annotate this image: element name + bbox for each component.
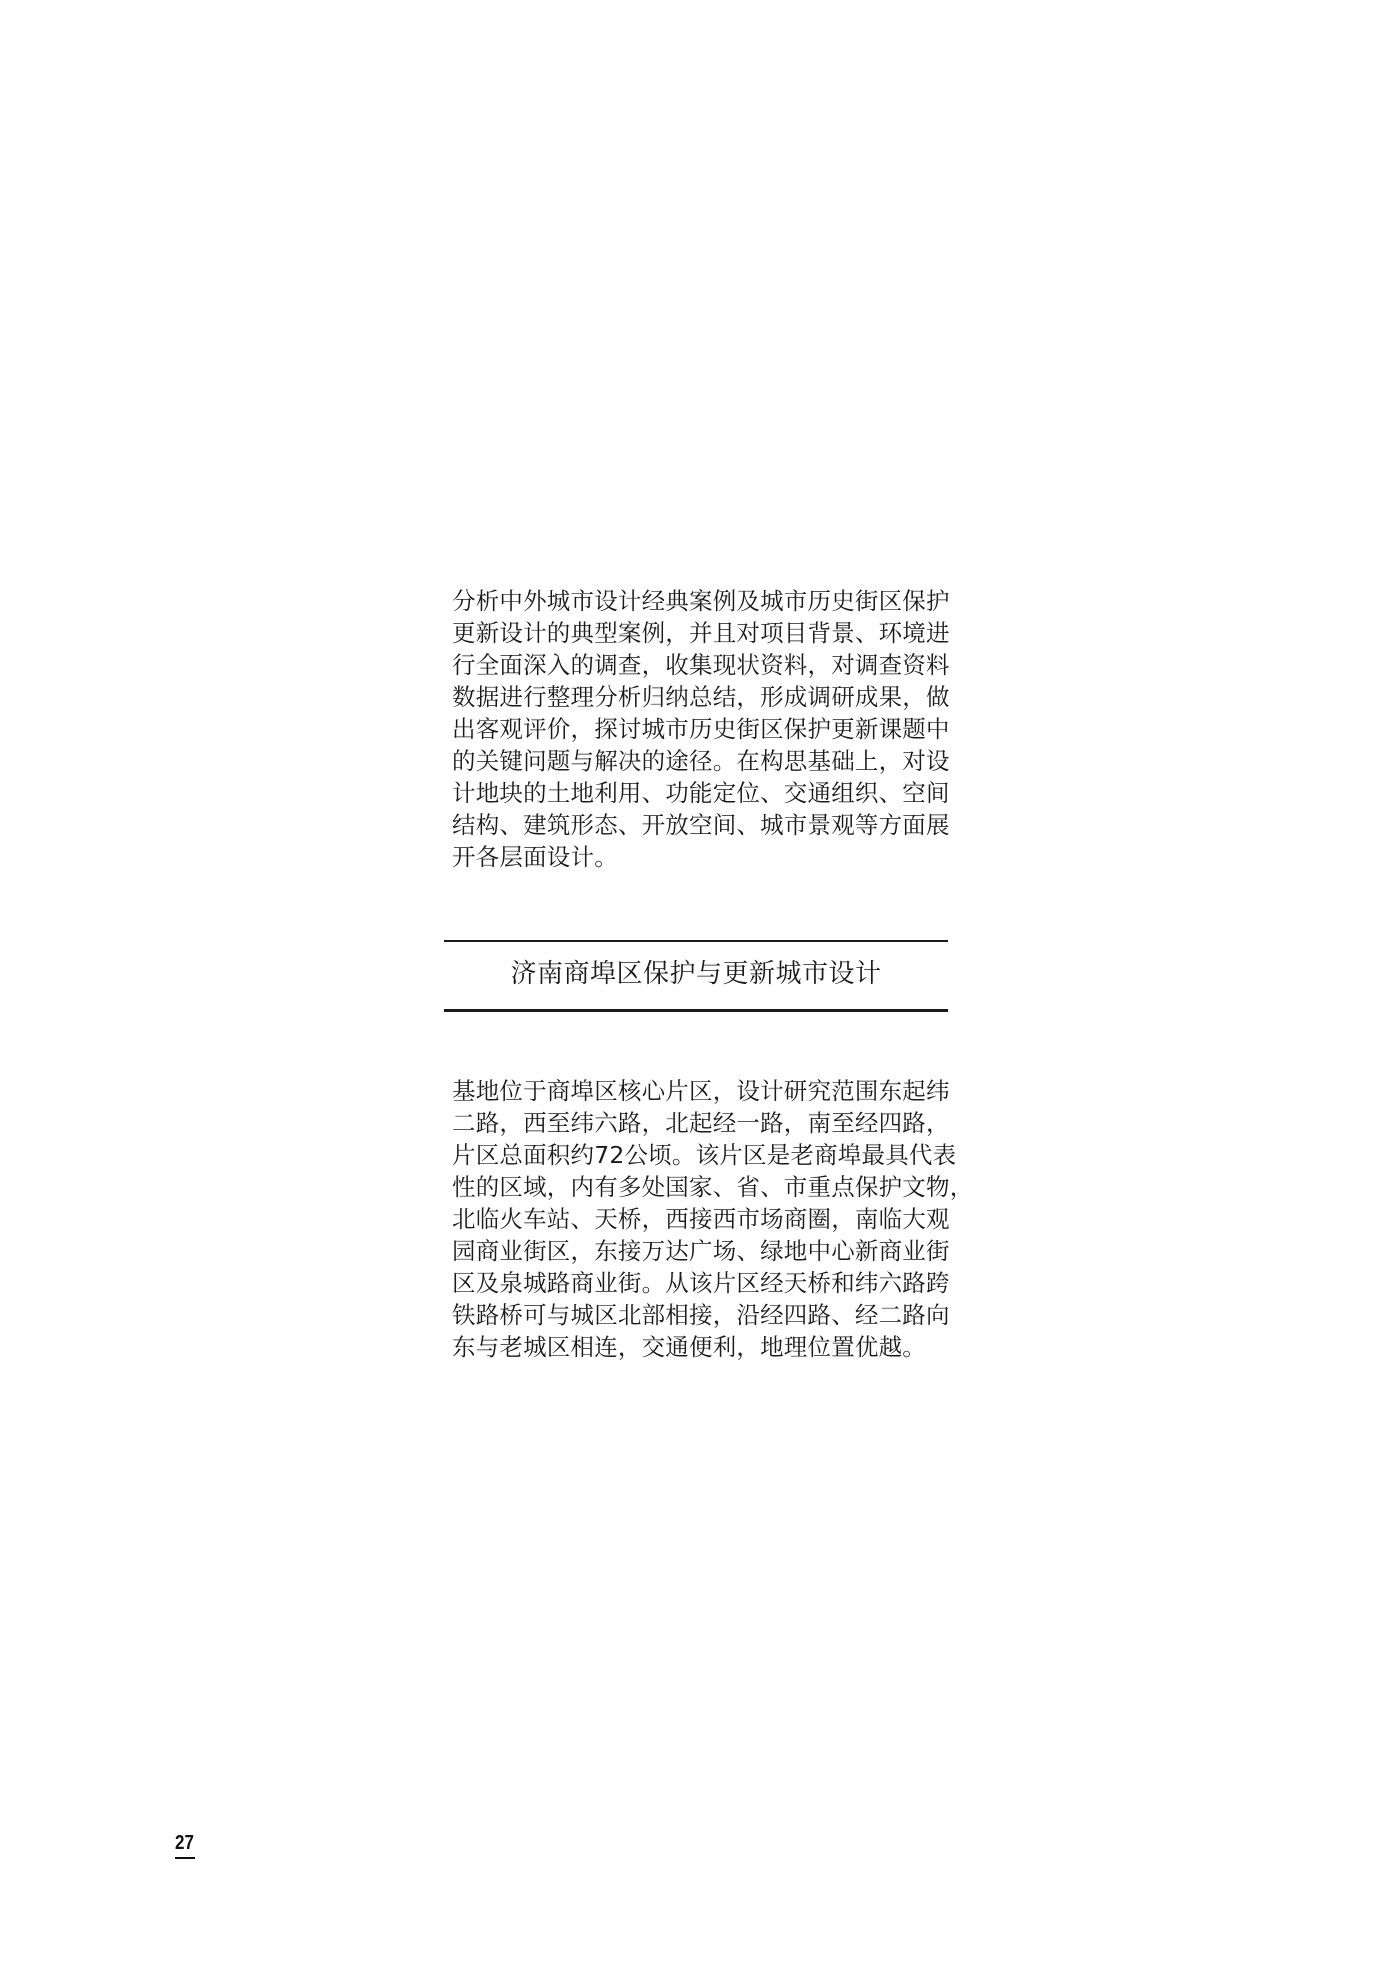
paragraph-line: 铁路桥可与城区北部相接，沿经四路、经二路向 bbox=[452, 1299, 952, 1331]
paragraph-line: 开各层面设计。 bbox=[452, 841, 952, 873]
page-number-underline bbox=[175, 1857, 195, 1859]
paragraph-line: 计地块的土地利用、功能定位、交通组织、空间 bbox=[452, 777, 952, 809]
section-heading: 济南商埠区保护与更新城市设计 bbox=[444, 956, 948, 992]
paragraph-line: 数据进行整理分析归纳总结，形成调研成果，做 bbox=[452, 681, 952, 713]
page-number: 27 bbox=[175, 1832, 194, 1854]
intro-paragraph: 分析中外城市设计经典案例及城市历史街区保护 更新设计的典型案例，并且对项目背景、… bbox=[452, 585, 952, 873]
paragraph-line: 片区总面积约72公顷。该片区是老商埠最具代表 bbox=[452, 1139, 952, 1171]
paragraph-line: 结构、建筑形态、开放空间、城市景观等方面展 bbox=[452, 809, 952, 841]
heading-rule-top bbox=[444, 940, 948, 942]
paragraph-line: 性的区域，内有多处国家、省、市重点保护文物， bbox=[452, 1171, 952, 1203]
paragraph-line: 东与老城区相连，交通便利，地理位置优越。 bbox=[452, 1331, 952, 1363]
paragraph-line: 出客观评价，探讨城市历史街区保护更新课题中 bbox=[452, 713, 952, 745]
heading-rule-bottom bbox=[444, 1009, 948, 1012]
paragraph-line: 基地位于商埠区核心片区，设计研究范围东起纬 bbox=[452, 1075, 952, 1107]
paragraph-line: 区及泉城路商业街。从该片区经天桥和纬六路跨 bbox=[452, 1267, 952, 1299]
paragraph-line: 北临火车站、天桥，西接西市场商圈，南临大观 bbox=[452, 1203, 952, 1235]
paragraph-line: 园商业街区，东接万达广场、绿地中心新商业街 bbox=[452, 1235, 952, 1267]
site-description-paragraph: 基地位于商埠区核心片区，设计研究范围东起纬 二路，西至纬六路，北起经一路，南至经… bbox=[452, 1075, 952, 1363]
paragraph-line: 行全面深入的调查，收集现状资料，对调查资料 bbox=[452, 649, 952, 681]
paragraph-line: 分析中外城市设计经典案例及城市历史街区保护 bbox=[452, 585, 952, 617]
paragraph-line: 的关键问题与解决的途径。在构思基础上，对设 bbox=[452, 745, 952, 777]
paragraph-line: 更新设计的典型案例，并且对项目背景、环境进 bbox=[452, 617, 952, 649]
paragraph-line: 二路，西至纬六路，北起经一路，南至经四路， bbox=[452, 1107, 952, 1139]
